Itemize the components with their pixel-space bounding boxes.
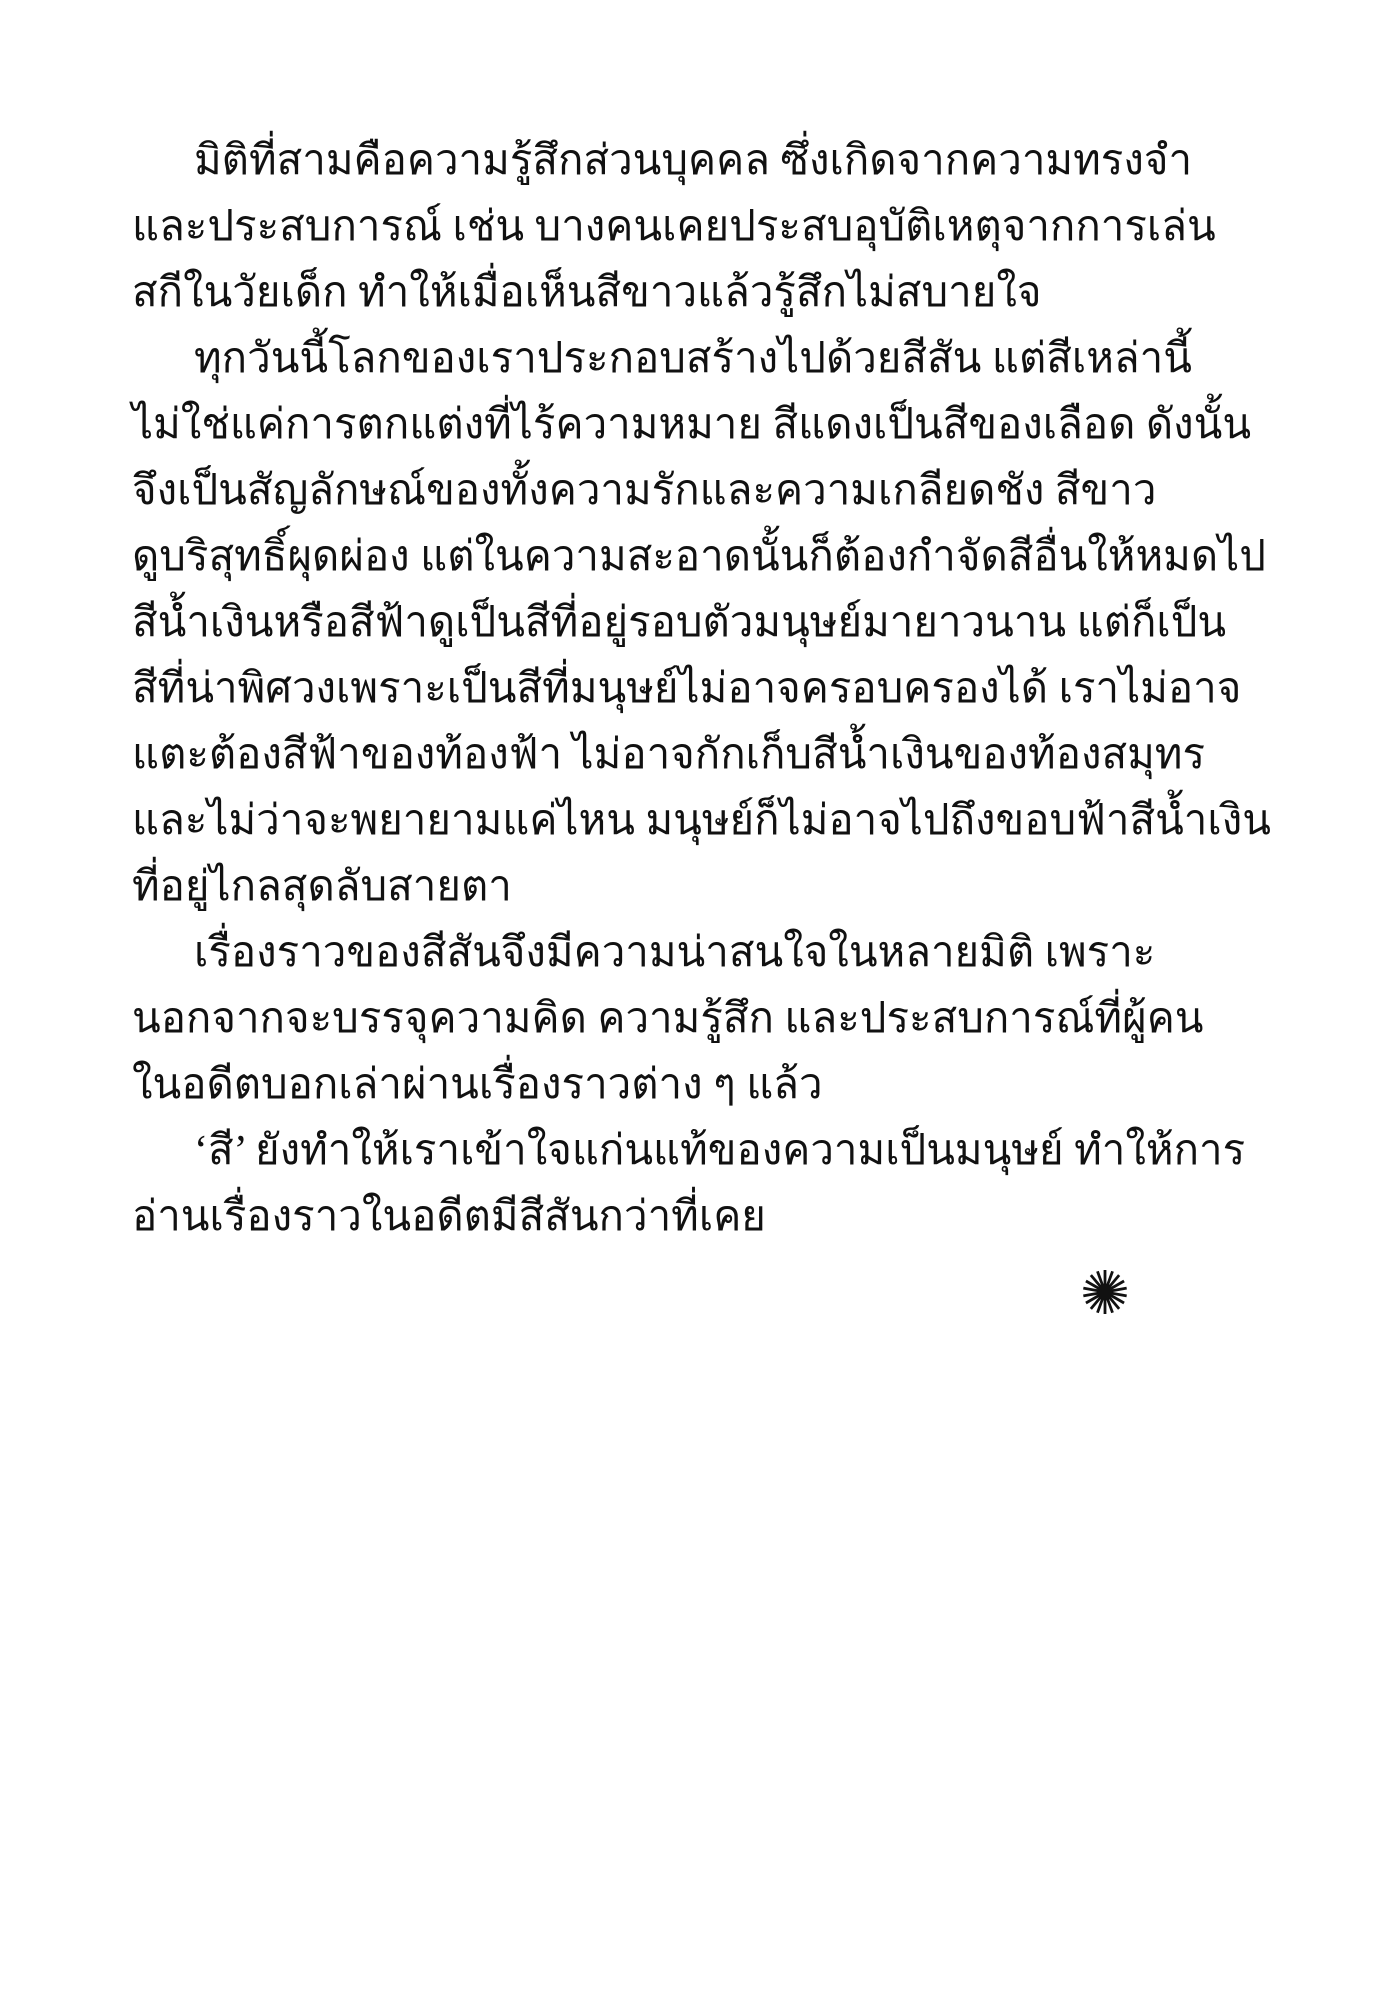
- book-page: มิติที่สามคือความรู้สึกส่วนบุคคล ซึ่งเกิ…: [0, 0, 1400, 2016]
- text-line: ในอดีตบอกเล่าผ่านเรื่องราวต่าง ๆ แล้ว: [132, 1052, 1147, 1118]
- text-line: สกีในวัยเด็ก ทำให้เมื่อเห็นสีขาวแล้วรู้ส…: [132, 260, 1147, 326]
- text-line: และไม่ว่าจะพยายามแค่ไหน มนุษย์ก็ไม่อาจไป…: [132, 788, 1147, 854]
- text-line: ทุกวันนี้โลกของเราประกอบสร้างไปด้วยสีสัน…: [132, 326, 1147, 392]
- text-line: ดูบริสุทธิ์ผุดผ่อง แต่ในความสะอาดนั้นก็ต…: [132, 524, 1147, 590]
- text-line: อ่านเรื่องราวในอดีตมีสีสันกว่าที่เคย: [132, 1184, 1147, 1250]
- body-text: มิติที่สามคือความรู้สึกส่วนบุคคล ซึ่งเกิ…: [132, 128, 1147, 1250]
- text-line: เรื่องราวของสีสันจึงมีความน่าสนใจในหลายม…: [132, 920, 1147, 986]
- text-line: และประสบการณ์ เช่น บางคนเคยประสบอุบัติเห…: [132, 194, 1147, 260]
- text-line: มิติที่สามคือความรู้สึกส่วนบุคคล ซึ่งเกิ…: [132, 128, 1147, 194]
- text-line: นอกจากจะบรรจุความคิด ความรู้สึก และประสบ…: [132, 986, 1147, 1052]
- text-line: ไม่ใช่แค่การตกแต่งที่ไร้ความหมาย สีแดงเป…: [132, 392, 1147, 458]
- text-line: ‘สี’ ยังทำให้เราเข้าใจแก่นแท้ของความเป็น…: [132, 1118, 1147, 1184]
- starburst-icon: [1081, 1268, 1129, 1316]
- text-line: ที่อยู่ไกลสุดลับสายตา: [132, 854, 1147, 920]
- text-line: สีที่น่าพิศวงเพราะเป็นสีที่มนุษย์ไม่อาจค…: [132, 656, 1147, 722]
- ornament-row: [132, 1268, 1147, 1316]
- text-line: แตะต้องสีฟ้าของท้องฟ้า ไม่อาจกักเก็บสีน้…: [132, 722, 1147, 788]
- text-line: สีน้ำเงินหรือสีฟ้าดูเป็นสีที่อยู่รอบตัวม…: [132, 590, 1147, 656]
- text-line: จึงเป็นสัญลักษณ์ของทั้งความรักและความเกล…: [132, 458, 1147, 524]
